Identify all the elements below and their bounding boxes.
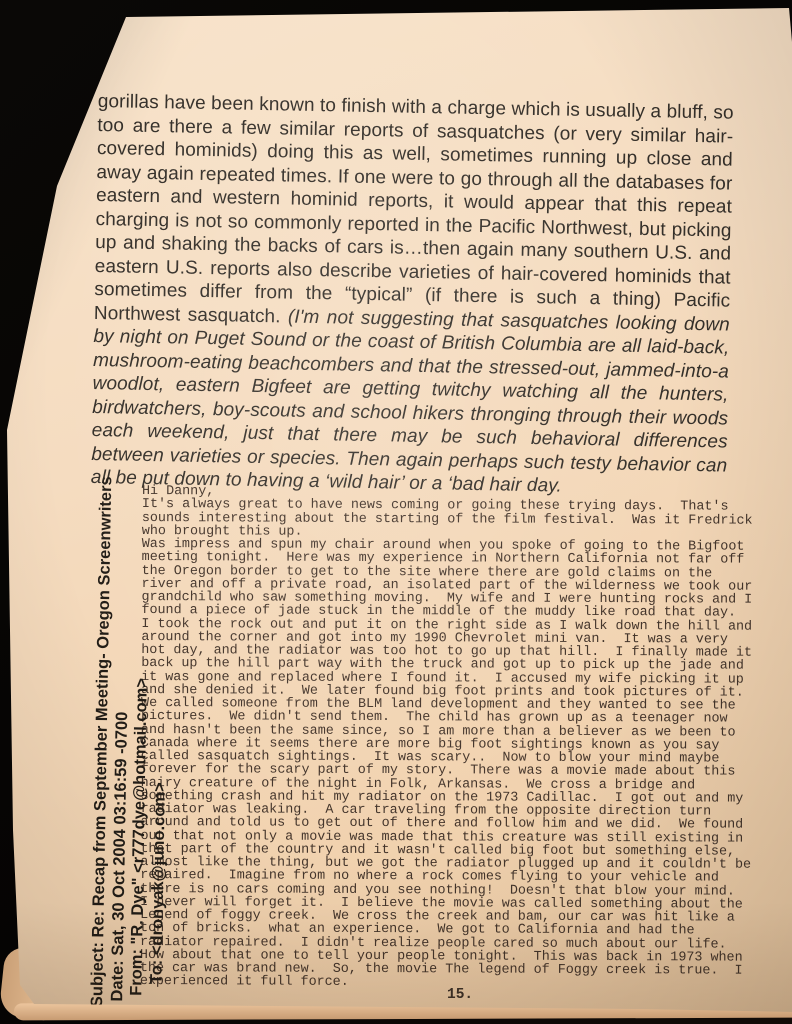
scanned-page: gorillas have been known to finish with … [0,0,792,1024]
email-body-text: Hi Danny, It's always great to have news… [140,485,782,991]
page-number: 15. [447,987,473,1003]
article-paragraph: gorillas have been known to finish with … [91,90,734,501]
article-regular-text: gorillas have been known to finish with … [94,91,734,327]
email-to-line: To: <dronyak@juno.com> [146,984,166,1008]
article-italic-text: (I'm not suggesting that sasquatches loo… [91,306,730,497]
photographed-newsletter-page: gorillas have been known to finish with … [0,0,792,1024]
